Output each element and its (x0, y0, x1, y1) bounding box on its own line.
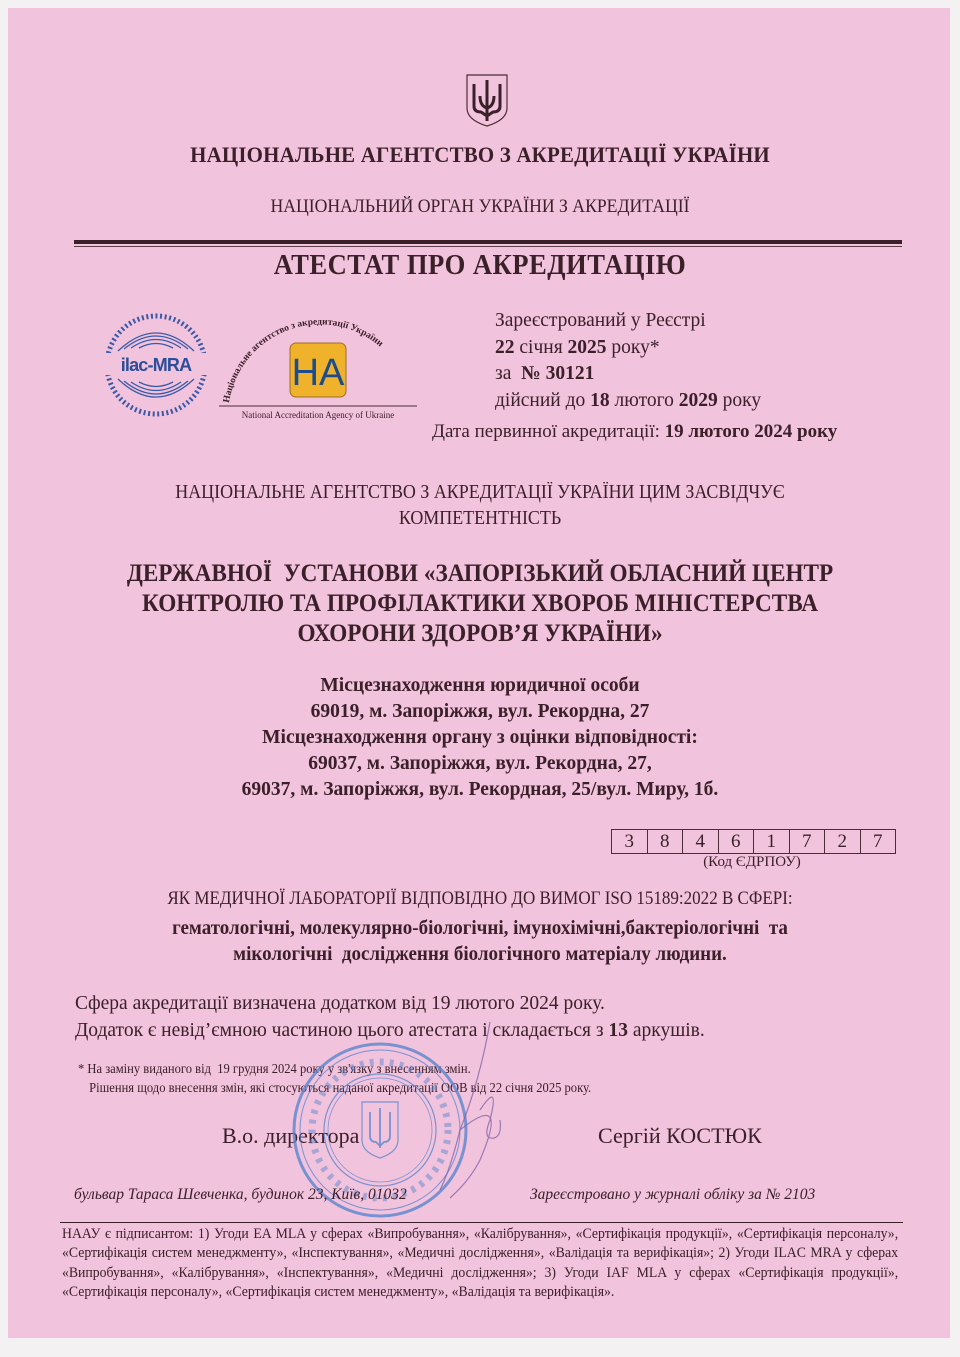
registry-number: за № 30121 (495, 361, 761, 388)
trident-coat-of-arms-icon (463, 72, 511, 128)
edrpou-digit: 4 (683, 830, 719, 853)
header-divider-thin (74, 246, 902, 247)
journal-registration: Зареєстровано у журналі обліку за № 2103 (530, 1186, 815, 1204)
edrpou-label: (Код ЄДРПОУ) (611, 854, 893, 871)
signatory-agreements: НААУ є підписантом: 1) Угоди EA MLA у сф… (62, 1225, 898, 1302)
footer-divider (60, 1222, 903, 1223)
scope-intro: ЯК МЕДИЧНОЇ ЛАБОРАТОРІЇ ВІДПОВІДНО ДО ВИ… (38, 889, 921, 910)
handwritten-signature (420, 1020, 570, 1210)
edrpou-digit: 2 (825, 830, 861, 853)
annex-line-1: Сфера акредитації визначена додатком від… (75, 990, 705, 1017)
document-title: АТЕСТАТ ПРО АКРЕДИТАЦІЮ (24, 250, 936, 282)
edrpou-digit: 3 (612, 830, 648, 853)
addresses: Місцезнаходження юридичної особи 69019, … (0, 673, 960, 803)
registry-info: Зареєстрований у Реєстрі 22 січня 2025 р… (495, 308, 761, 414)
edrpou-digit: 7 (790, 830, 826, 853)
signatory-name: Сергій КОСТЮК (598, 1123, 762, 1149)
naau-logo: Національне агентство з акредитації Укра… (217, 305, 422, 425)
svg-text:НА: НА (292, 352, 345, 394)
svg-text:National Accreditation Agency: National Accreditation Agency of Ukraine (242, 410, 394, 420)
body-address-label: Місцезнаходження органу з оцінки відпові… (0, 725, 960, 751)
svg-text:ilac-MRA: ilac-MRA (121, 355, 192, 375)
ilac-mra-logo: ilac-MRA (104, 313, 208, 417)
annex-info: Сфера акредитації визначена додатком від… (75, 990, 705, 1044)
edrpou-code: 3 8 4 6 1 7 2 7 (611, 829, 896, 854)
agency-address: бульвар Тараса Шевченка, будинок 23, Киї… (74, 1186, 407, 1204)
agency-title: НАЦІОНАЛЬНЕ АГЕНТСТВО З АКРЕДИТАЦІЇ УКРА… (34, 142, 927, 168)
agency-subtitle: НАЦІОНАЛЬНИЙ ОРГАН УКРАЇНИ З АКРЕДИТАЦІЇ (34, 196, 927, 218)
organization-name: ДЕРЖАВНОЇ УСТАНОВИ «ЗАПОРІЗЬКИЙ ОБЛАСНИЙ… (43, 558, 917, 648)
legal-address: 69019, м. Запоріжжя, вул. Рекордна, 27 (0, 699, 960, 725)
registry-date: 22 січня 2025 року* (495, 335, 761, 362)
certification-statement: НАЦІОНАЛЬНЕ АГЕНТСТВО З АКРЕДИТАЦІЇ УКРА… (38, 480, 921, 532)
registry-label: Зареєстрований у Реєстрі (495, 308, 761, 335)
body-address-2: 69037, м. Запоріжжя, вул. Рекордная, 25/… (0, 777, 960, 803)
scope-areas: гематологічні, молекулярно-біологічні, і… (24, 915, 936, 967)
header-divider (74, 240, 902, 244)
edrpou-digit: 8 (648, 830, 684, 853)
first-accreditation-date: Дата первинної акредитації: 19 лютого 20… (432, 421, 837, 443)
edrpou-digit: 6 (719, 830, 755, 853)
body-address-1: 69037, м. Запоріжжя, вул. Рекордна, 27, (0, 751, 960, 777)
legal-address-label: Місцезнаходження юридичної особи (0, 673, 960, 699)
edrpou-digit: 1 (754, 830, 790, 853)
valid-until: дійсний до 18 лютого 2029 року (495, 388, 761, 415)
edrpou-digit: 7 (861, 830, 896, 853)
